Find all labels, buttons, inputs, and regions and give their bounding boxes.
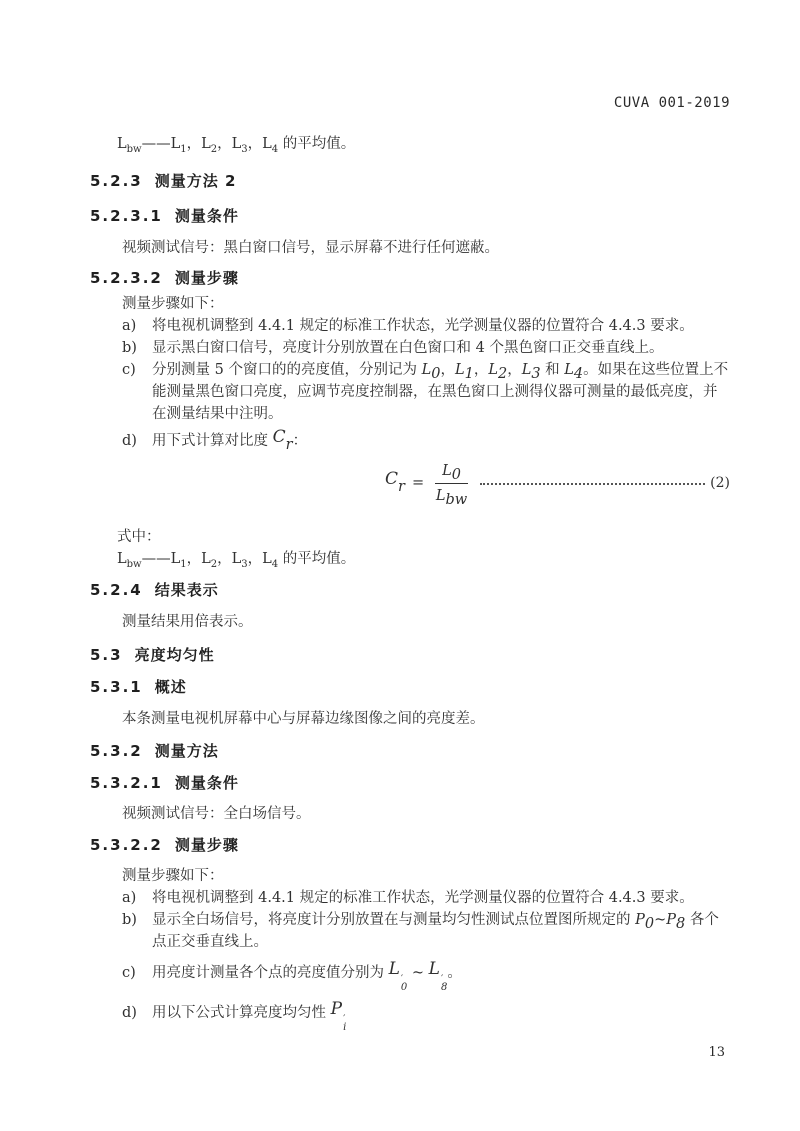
list-item-2a: a) 将电视机调整到 4.4.1 规定的标准工作状态，光学测量仪器的位置符合 4… — [90, 887, 730, 909]
document-content: Lbw——L1，L2，L3，L4 的平均值。 5.2.3测量方法 2 5.2.3… — [0, 133, 800, 1032]
heading-title: 测量条件 — [175, 774, 239, 792]
item-text: 用下式计算对比度 Cr： — [152, 433, 307, 449]
dot-leader — [480, 481, 705, 485]
item-marker: d) — [122, 1002, 137, 1024]
heading-number: 5.3.2 — [90, 742, 143, 760]
fraction-numerator: L0 — [435, 462, 468, 484]
item-marker: a) — [122, 315, 136, 337]
numerator-var: L — [442, 463, 452, 479]
item-marker: b) — [122, 909, 137, 931]
item-marker: b) — [122, 337, 137, 359]
item-text: 分别测量 5 个窗口的的亮度值，分别记为 L0，L1，L2，L3 和 L4。如果… — [152, 362, 728, 422]
list-item-1a: a) 将电视机调整到 4.4.1 规定的标准工作状态，光学测量仪器的位置符合 4… — [90, 315, 730, 337]
item-marker: d) — [122, 430, 137, 452]
heading-5-3-2-1: 5.3.2.1测量条件 — [90, 772, 730, 794]
list-item-2b: b) 显示全白场信号，将亮度计分别放置在与测量均匀性测试点位置图所规定的 P0~… — [90, 909, 730, 953]
heading-5-2-3: 5.2.3测量方法 2 — [90, 170, 730, 192]
list-item-2d: d) 用以下公式计算亮度均匀性 P′i — [90, 1002, 730, 1032]
heading-title: 测量方法 2 — [155, 172, 237, 190]
heading-title: 概述 — [155, 678, 187, 696]
formula-2: Cr = L0 Lbw (2) — [385, 455, 730, 511]
heading-number: 5.3.2.1 — [90, 774, 163, 792]
numerator-sub: 0 — [452, 466, 461, 482]
item-marker: c) — [122, 359, 136, 381]
para-shizhong: 式中： — [90, 526, 730, 548]
definition-lbw-top: Lbw——L1，L2，L3，L4 的平均值。 — [90, 133, 730, 155]
definition-lbw-bottom: Lbw——L1，L2，L3，L4 的平均值。 — [90, 548, 730, 570]
heading-number: 5.2.4 — [90, 581, 143, 599]
para-steps-intro-2: 测量步骤如下： — [90, 865, 730, 887]
para-video-signal-bw: 视频测试信号：黑白窗口信号，显示屏幕不进行任何遮蔽。 — [90, 237, 730, 259]
fraction-denominator: Lbw — [436, 484, 467, 505]
equals-sign: = — [412, 472, 424, 494]
list-item-1d: d) 用下式计算对比度 Cr： — [90, 430, 730, 452]
doc-number: CUVA 001-2019 — [614, 95, 730, 111]
heading-title: 测量步骤 — [175, 836, 239, 854]
fraction: L0 Lbw — [435, 462, 468, 505]
item-text: 将电视机调整到 4.4.1 规定的标准工作状态，光学测量仪器的位置符合 4.4.… — [152, 318, 694, 334]
heading-number: 5.2.3.1 — [90, 207, 163, 225]
heading-number: 5.2.3.2 — [90, 269, 163, 287]
heading-5-3-2-2: 5.3.2.2测量步骤 — [90, 834, 730, 856]
page-header: CUVA 001-2019 — [0, 0, 800, 112]
item-text: 用以下公式计算亮度均匀性 P′i — [152, 1005, 346, 1021]
heading-title: 测量方法 — [155, 742, 219, 760]
heading-5-2-4: 5.2.4结果表示 — [90, 579, 730, 601]
heading-title: 亮度均匀性 — [135, 646, 215, 664]
para-video-signal-white: 视频测试信号：全白场信号。 — [90, 803, 730, 825]
para-steps-intro-1: 测量步骤如下： — [90, 293, 730, 315]
para-result: 测量结果用倍表示。 — [90, 611, 730, 633]
heading-5-2-3-1: 5.2.3.1测量条件 — [90, 205, 730, 227]
heading-number: 5.2.3 — [90, 172, 143, 190]
document-page: CUVA 001-2019 Lbw——L1，L2，L3，L4 的平均值。 5.2… — [0, 0, 800, 1131]
heading-5-3: 5.3亮度均匀性 — [90, 644, 730, 666]
item-text: 显示全白场信号，将亮度计分别放置在与测量均匀性测试点位置图所规定的 P0~P8 … — [152, 912, 719, 950]
list-item-1b: b) 显示黑白窗口信号，亮度计分别放置在白色窗口和 4 个黑色窗口正交垂直线上。 — [90, 337, 730, 359]
page-number: 13 — [708, 1042, 725, 1064]
formula-lhs-sub: r — [398, 479, 405, 495]
heading-number: 5.3.2.2 — [90, 836, 163, 854]
item-marker: a) — [122, 887, 136, 909]
heading-5-3-1: 5.3.1概述 — [90, 676, 730, 698]
list-item-1c: c) 分别测量 5 个窗口的的亮度值，分别记为 L0，L1，L2，L3 和 L4… — [90, 359, 730, 425]
list-item-2c: c) 用亮度计测量各个点的亮度值分别为 L′0 ~ L′8。 — [90, 962, 730, 992]
denominator-sub: bw — [446, 491, 468, 507]
para-overview: 本条测量电视机屏幕中心与屏幕边缘图像之间的亮度差。 — [90, 708, 730, 730]
formula-lhs-var: C — [385, 471, 398, 488]
heading-number: 5.3.1 — [90, 678, 143, 696]
item-text: 用亮度计测量各个点的亮度值分别为 L′0 ~ L′8。 — [152, 965, 462, 981]
formula-lhs: Cr — [385, 472, 405, 494]
heading-title: 结果表示 — [155, 581, 219, 599]
item-text: 显示黑白窗口信号，亮度计分别放置在白色窗口和 4 个黑色窗口正交垂直线上。 — [152, 340, 663, 356]
denominator-var: L — [436, 488, 446, 504]
item-marker: c) — [122, 962, 136, 984]
heading-5-3-2: 5.3.2测量方法 — [90, 740, 730, 762]
heading-5-2-3-2: 5.2.3.2测量步骤 — [90, 267, 730, 289]
item-text: 将电视机调整到 4.4.1 规定的标准工作状态，光学测量仪器的位置符合 4.4.… — [152, 890, 694, 906]
heading-number: 5.3 — [90, 646, 123, 664]
heading-title: 测量条件 — [175, 207, 239, 225]
formula-number: (2) — [710, 472, 730, 494]
heading-title: 测量步骤 — [175, 269, 239, 287]
